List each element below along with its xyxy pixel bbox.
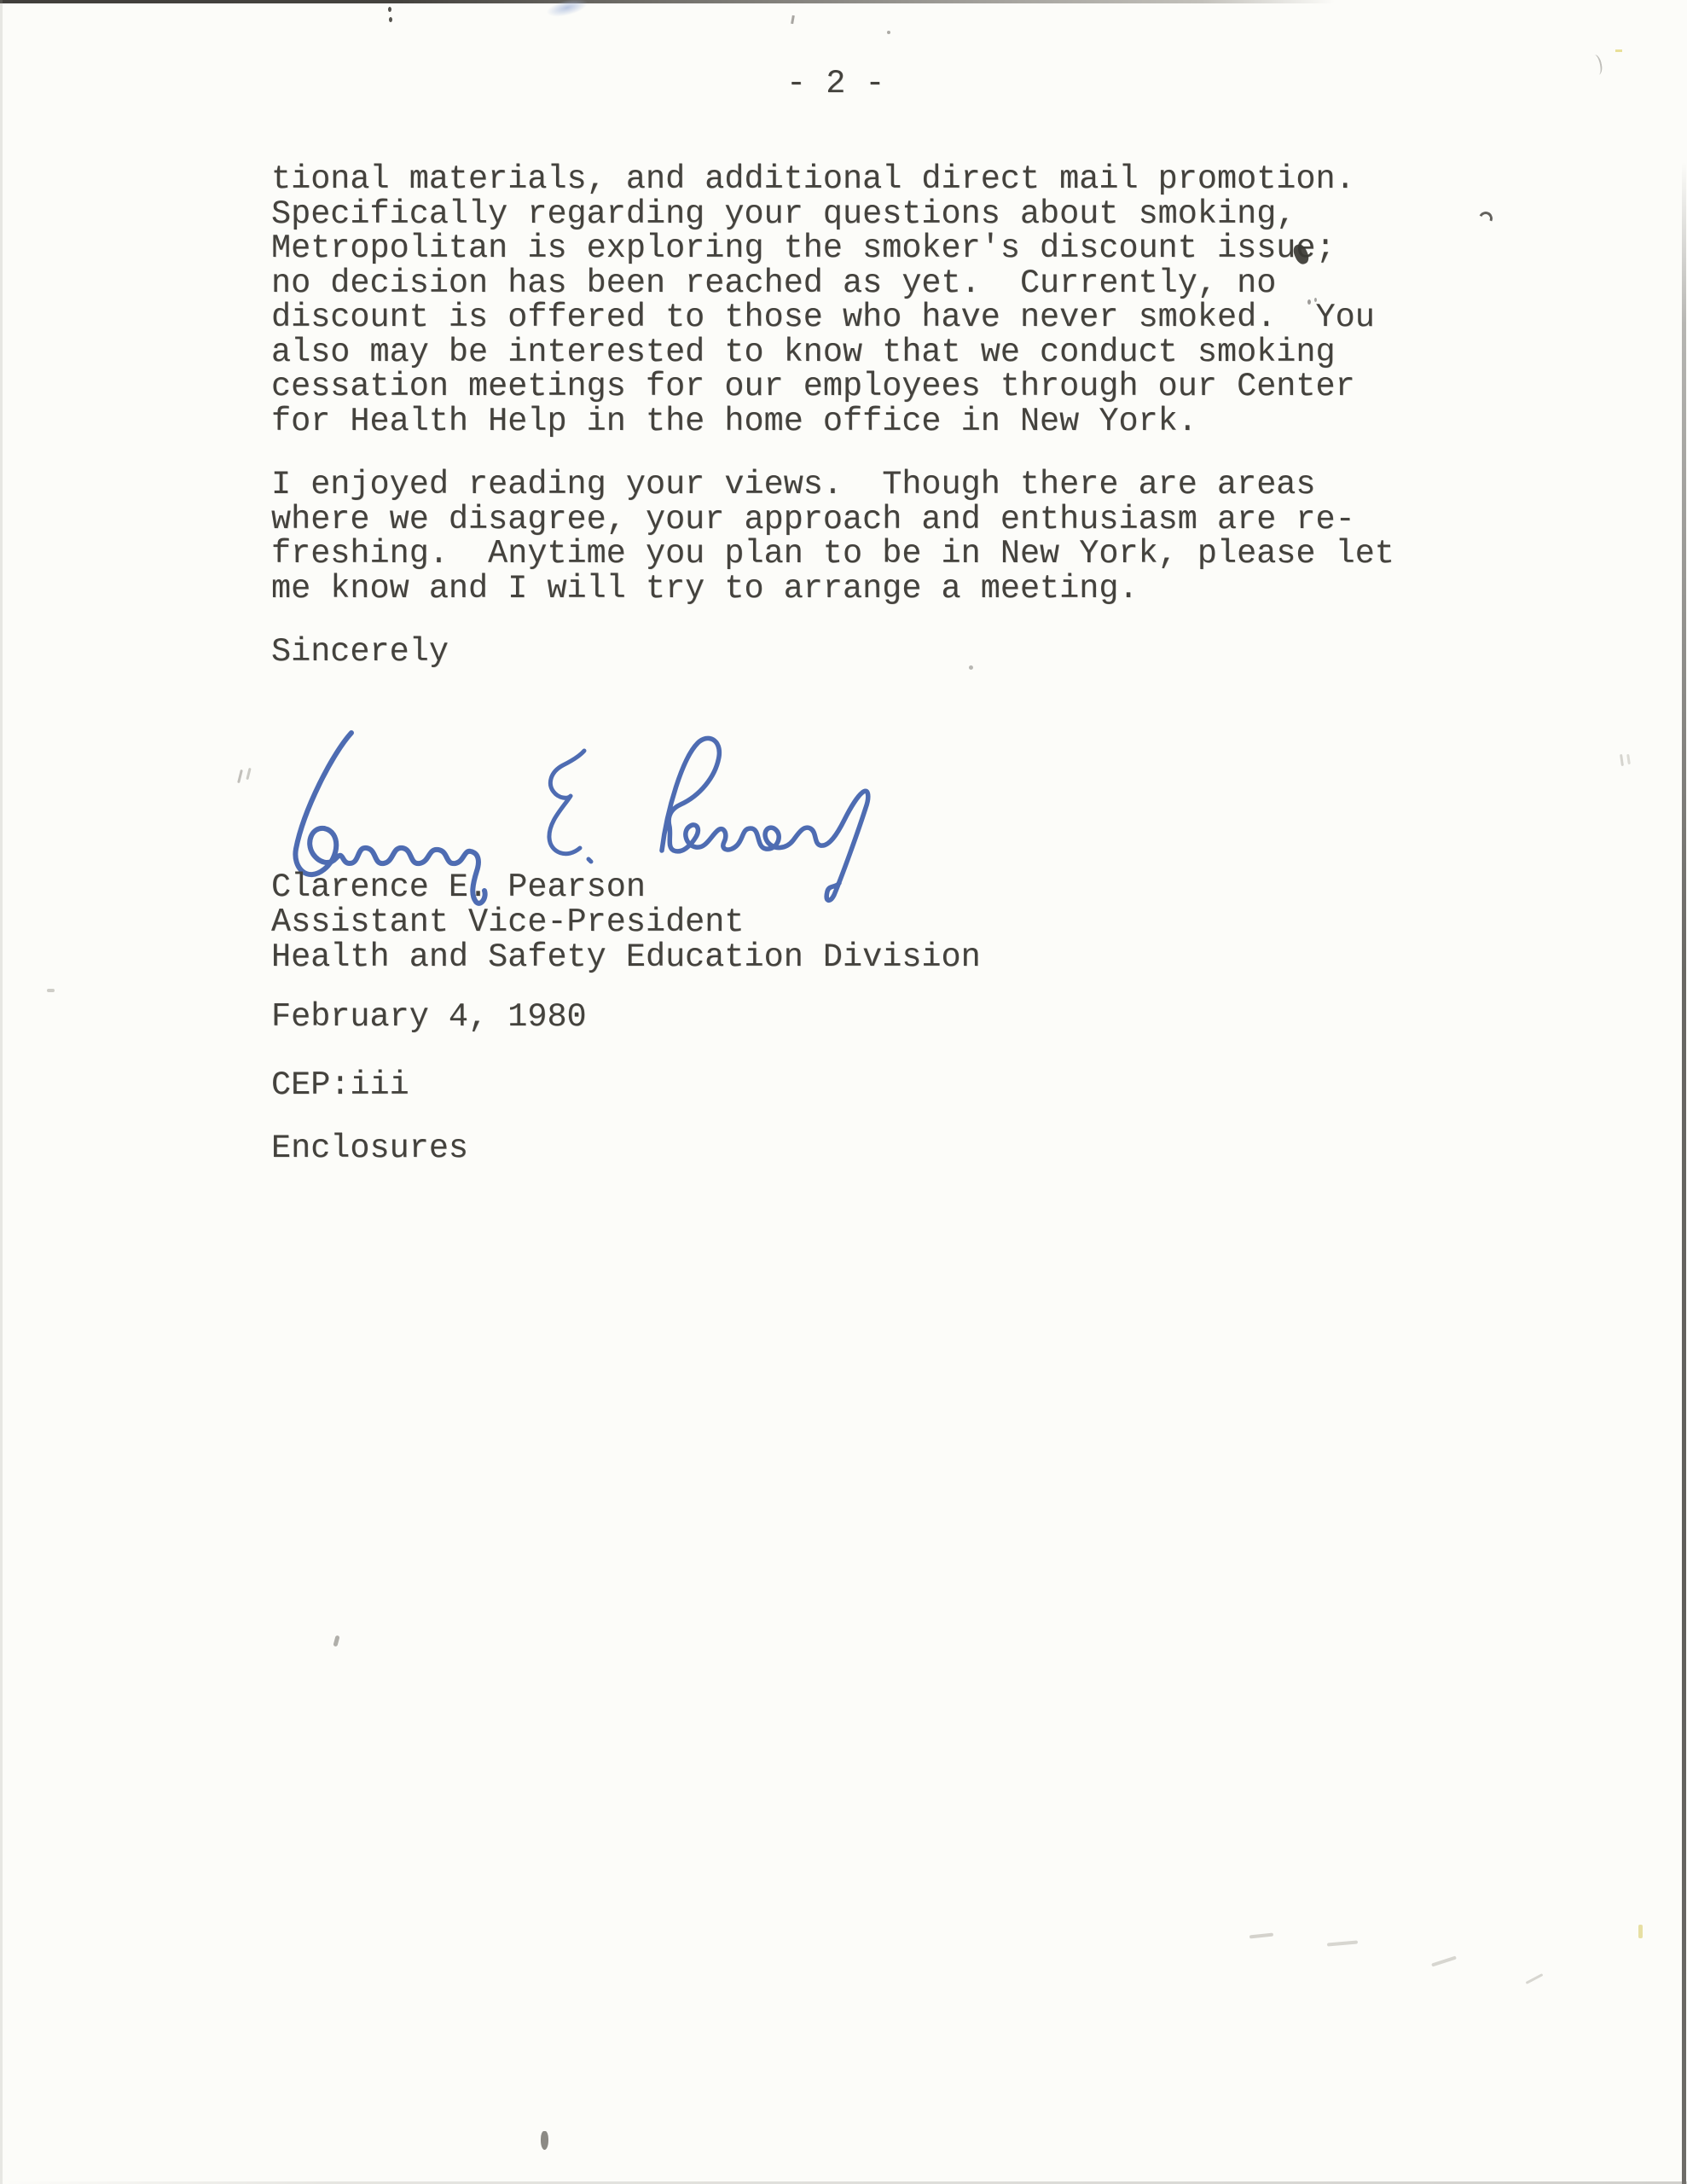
- paragraph-2: I enjoyed reading your views. Though the…: [271, 468, 1394, 606]
- scan-speck: [887, 31, 890, 34]
- signer-title: Assistant Vice-President: [271, 905, 981, 940]
- text-line: me know and I will try to arrange a meet…: [271, 572, 1394, 607]
- text-line: Specifically regarding your questions ab…: [271, 197, 1394, 232]
- letter-date: February 4, 1980: [271, 1000, 587, 1035]
- text-line: also may be interested to know that we c…: [271, 335, 1394, 370]
- signer-name: Clarence E. Pearson: [271, 870, 981, 905]
- letter-body: tional materials, and additional direct …: [271, 162, 1394, 670]
- text-line: Metropolitan is exploring the smoker's d…: [271, 231, 1394, 266]
- scan-speck: [1615, 49, 1622, 52]
- scan-speck: [1620, 754, 1624, 766]
- scan-speck: [1626, 754, 1631, 764]
- scan-speck: [237, 770, 243, 783]
- scan-speck: [541, 2131, 548, 2150]
- scan-speck: [1307, 299, 1311, 305]
- page-number: - 2 -: [786, 67, 885, 102]
- text-line: freshing. Anytime you plan to be in New …: [271, 537, 1394, 572]
- scan-edge-top: [0, 0, 1335, 3]
- scan-speck: [1477, 210, 1495, 228]
- scan-speck: [969, 665, 973, 670]
- text-line: where we disagree, your approach and ent…: [271, 502, 1394, 537]
- scan-speck: [1327, 1940, 1358, 1946]
- scan-smudge-blue: [545, 0, 590, 20]
- scan-speck: [1431, 1955, 1457, 1966]
- scanned-letter-page-2: - 2 - tional materials, and additional d…: [0, 0, 1687, 2184]
- enclosures-note: Enclosures: [271, 1131, 468, 1166]
- scan-edge-left: [0, 0, 3, 2184]
- signature-block: Clarence E. Pearson Assistant Vice-Presi…: [271, 870, 981, 975]
- text-line: for Health Help in the home office in Ne…: [271, 404, 1394, 439]
- scan-speck: [1638, 1925, 1643, 1938]
- scan-speck: [389, 17, 392, 22]
- text-line: I enjoyed reading your views. Though the…: [271, 468, 1394, 502]
- text-line: discount is offered to those who have ne…: [271, 300, 1394, 335]
- paragraph-1: tional materials, and additional direct …: [271, 162, 1394, 439]
- text-line: cessation meetings for our employees thr…: [271, 369, 1394, 404]
- scan-edge-right: [1682, 162, 1686, 2184]
- signer-division: Health and Safety Education Division: [271, 940, 981, 975]
- scan-speck: [388, 7, 391, 12]
- text-line: tional materials, and additional direct …: [271, 162, 1394, 197]
- text-line: no decision has been reached as yet. Cur…: [271, 266, 1394, 301]
- scan-speck: [333, 1635, 339, 1647]
- scan-speck: [1249, 1933, 1273, 1939]
- scan-speck: [791, 15, 795, 24]
- closing-salutation: Sincerely: [271, 635, 1394, 670]
- scan-speck: [246, 768, 251, 780]
- scan-speck: [1526, 1973, 1544, 1984]
- scan-speck: [1314, 298, 1317, 302]
- scan-speck: [1590, 54, 1604, 76]
- scan-speck: [47, 989, 55, 992]
- typist-reference: CEP:iii: [271, 1068, 409, 1103]
